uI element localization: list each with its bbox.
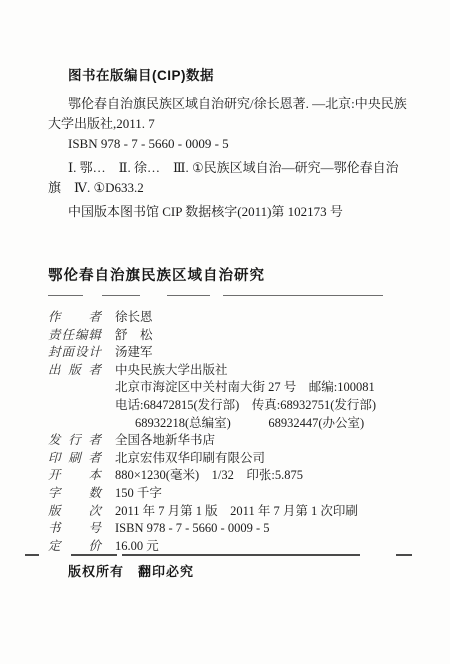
- colophon-row-isbn: 书号ISBN 978 - 7 - 5660 - 0009 - 5: [48, 520, 432, 538]
- row-value: 舒 松: [115, 328, 153, 342]
- row-value: ISBN 978 - 7 - 5660 - 0009 - 5: [115, 521, 270, 535]
- row-value: 徐长恩: [115, 310, 153, 324]
- row-label: 发行者: [48, 432, 101, 450]
- footer-rule: [25, 554, 412, 556]
- title-underline-rule: [48, 295, 383, 297]
- copyright-notice: 版权所有 翻印必究: [68, 561, 194, 580]
- colophon-row-word-count: 字数150 千字: [48, 485, 432, 503]
- colophon: 作者徐长恩 责任编辑舒 松 封面设计汤建军 出版者中央民族大学出版社 北京市海淀…: [48, 309, 432, 555]
- row-label: 字数: [48, 485, 101, 503]
- row-label: 出版者: [48, 362, 101, 380]
- colophon-row-author: 作者徐长恩: [48, 309, 432, 327]
- row-value: 16.00 元: [115, 539, 159, 553]
- row-value: 2011 年 7 月第 1 版 2011 年 7 月第 1 次印刷: [115, 504, 358, 518]
- book-title: 鄂伦春自治旗民族区域自治研究: [48, 264, 265, 285]
- colophon-row-distributor: 发行者全国各地新华书店: [48, 432, 432, 450]
- cip-record-number: 中国版本图书馆 CIP 数据核字(2011)第 102173 号: [48, 202, 426, 222]
- row-value: 北京宏伟双华印刷有限公司: [115, 451, 265, 465]
- row-label: 版次: [48, 503, 101, 521]
- cip-isbn-line: ISBN 978 - 7 - 5660 - 0009 - 5: [48, 134, 426, 154]
- colophon-row-edition: 版次2011 年 7 月第 1 版 2011 年 7 月第 1 次印刷: [48, 503, 432, 521]
- row-label: 责任编辑: [48, 327, 101, 345]
- row-label: 开本: [48, 467, 101, 485]
- colophon-row-format: 开本880×1230(毫米) 1/32 印张:5.875: [48, 467, 432, 485]
- colophon-row-cover-design: 封面设计汤建军: [48, 344, 432, 362]
- row-value: 880×1230(毫米) 1/32 印张:5.875: [115, 468, 303, 482]
- colophon-row-editor: 责任编辑舒 松: [48, 327, 432, 345]
- row-value: 150 千字: [115, 486, 162, 500]
- row-label: 印刷者: [48, 450, 101, 468]
- cip-heading: 图书在版编目(CIP)数据: [48, 66, 426, 86]
- colophon-row-printer: 印刷者北京宏伟双华印刷有限公司: [48, 450, 432, 468]
- row-value: 电话:68472815(发行部) 传真:68932751(发行部): [115, 398, 376, 412]
- row-label: 书号: [48, 520, 101, 538]
- cip-classification-line: 旗 Ⅳ. ①D633.2: [48, 178, 426, 198]
- cip-line: 大学出版社,2011. 7: [48, 114, 426, 134]
- row-value: 全国各地新华书店: [115, 433, 215, 447]
- copyright-page: 图书在版编目(CIP)数据 鄂伦春自治旗民族区域自治研究/徐长恩著. —北京:中…: [0, 0, 450, 664]
- colophon-row-price: 定价16.00 元: [48, 538, 432, 556]
- colophon-row-address: 北京市海淀区中关村南大街 27 号 邮编:100081: [48, 379, 432, 397]
- cip-line: 鄂伦春自治旗民族区域自治研究/徐长恩著. —北京:中央民族: [48, 94, 426, 114]
- colophon-row-phone2: 68932218(总编室) 68932447(办公室): [48, 415, 432, 433]
- cip-classification-line: Ⅰ. 鄂… Ⅱ. 徐… Ⅲ. ①民族区域自治—研究—鄂伦春自治: [48, 158, 426, 178]
- row-value: 汤建军: [115, 345, 153, 359]
- colophon-row-publisher: 出版者中央民族大学出版社: [48, 362, 432, 380]
- colophon-row-phone: 电话:68472815(发行部) 传真:68932751(发行部): [48, 397, 432, 415]
- row-label: 封面设计: [48, 344, 101, 362]
- row-label: 定价: [48, 538, 101, 556]
- cip-section: 图书在版编目(CIP)数据 鄂伦春自治旗民族区域自治研究/徐长恩著. —北京:中…: [48, 66, 426, 222]
- row-value: 68932218(总编室) 68932447(办公室): [115, 416, 364, 430]
- row-value: 北京市海淀区中关村南大街 27 号 邮编:100081: [115, 380, 375, 394]
- row-value: 中央民族大学出版社: [115, 363, 228, 377]
- row-label: 作者: [48, 309, 101, 327]
